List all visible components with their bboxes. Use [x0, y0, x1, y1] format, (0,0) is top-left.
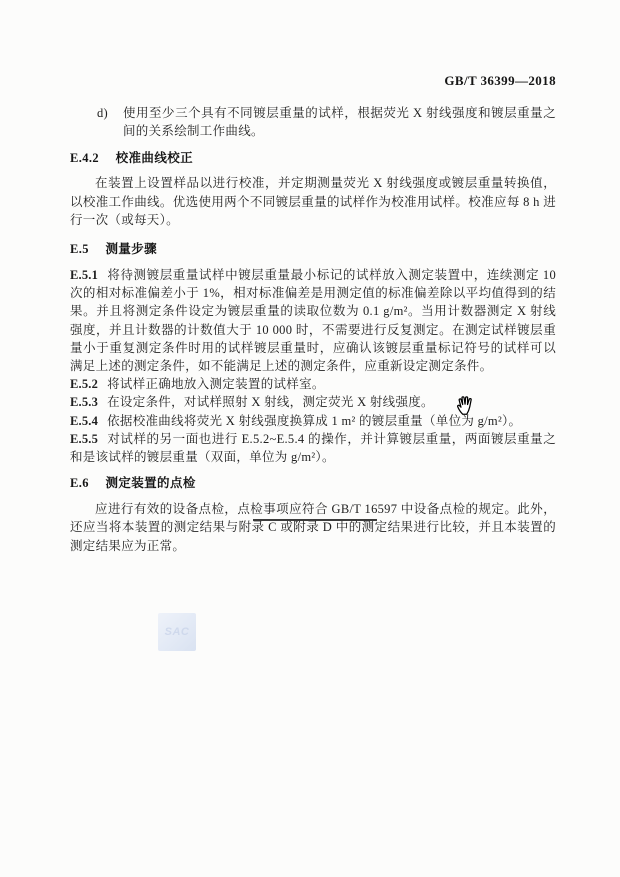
clause-item-e5-2: E.5.2将试样正确地放入测定装置的试样室。 [70, 375, 556, 393]
paragraph-e6: 应进行有效的设备点检，点检事项应符合 GB/T 16597 中设备点检的规定。此… [70, 500, 556, 555]
standard-number-header: GB/T 36399—2018 [70, 73, 556, 88]
clause-text: 在设定条件，对试样照射 X 射线，测定荧光 X 射线强度。 [107, 395, 434, 409]
clause-list: E.5.1将待测镀层重量试样中镀层重量最小标记的试样放入测定装置中，连续测定 1… [70, 266, 556, 466]
clause-text: 将待测镀层重量试样中镀层重量最小标记的试样放入测定装置中，连续测定 10 次的相… [70, 268, 556, 373]
sac-watermark: SAC [158, 613, 196, 651]
section-heading-e6: E.6 测定装置的点检 [70, 476, 556, 491]
section-heading-e5: E.5 测量步骤 [70, 242, 556, 257]
clause-item-e5-5: E.5.5对试样的另一面也进行 E.5.2~E.5.4 的操作，并计算镀层重量，… [70, 430, 556, 466]
section-number: E.6 [70, 476, 89, 490]
clause-text: 对试样的另一面也进行 E.5.2~E.5.4 的操作，并计算镀层重量，两面镀层重… [70, 432, 556, 464]
section-title: 测量步骤 [105, 242, 157, 256]
clause-number: E.5.4 [70, 414, 98, 428]
section-number: E.5 [70, 242, 89, 256]
clause-number: E.5.5 [70, 432, 98, 446]
clause-number: E.5.2 [70, 377, 98, 391]
list-item-d: d) 使用至少三个具有不同镀层重量的试样，根据荧光 X 射线强度和镀层重量之间的… [70, 104, 556, 140]
page-content: GB/T 36399—2018 d) 使用至少三个具有不同镀层重量的试样，根据荧… [70, 73, 556, 555]
clause-number: E.5.1 [70, 268, 98, 282]
end-of-text-rule [253, 519, 377, 521]
list-item-text: 使用至少三个具有不同镀层重量的试样，根据荧光 X 射线强度和镀层重量之间的关系绘… [123, 106, 556, 138]
section-title: 校准曲线校正 [116, 151, 193, 165]
section-title: 测定装置的点检 [105, 476, 195, 490]
clause-number: E.5.3 [70, 395, 98, 409]
clause-item-e5-1: E.5.1将待测镀层重量试样中镀层重量最小标记的试样放入测定装置中，连续测定 1… [70, 266, 556, 375]
clause-item-e5-3: E.5.3在设定条件，对试样照射 X 射线，测定荧光 X 射线强度。 [70, 393, 556, 411]
list-item-label: d) [97, 104, 108, 122]
document-page: GB/T 36399—2018 d) 使用至少三个具有不同镀层重量的试样，根据荧… [0, 0, 620, 877]
clause-item-e5-4: E.5.4依据校准曲线将荧光 X 射线强度换算成 1 m² 的镀层重量（单位为 … [70, 412, 556, 430]
section-heading-e4-2: E.4.2 校准曲线校正 [70, 151, 556, 166]
hand-cursor-icon [452, 390, 479, 417]
paragraph-e4-2: 在装置上设置样品以进行校准，并定期测量荧光 X 射线强度或镀层重量转换值，以校准… [70, 174, 556, 229]
clause-text: 将试样正确地放入测定装置的试样室。 [107, 377, 325, 391]
section-number: E.4.2 [70, 151, 99, 165]
